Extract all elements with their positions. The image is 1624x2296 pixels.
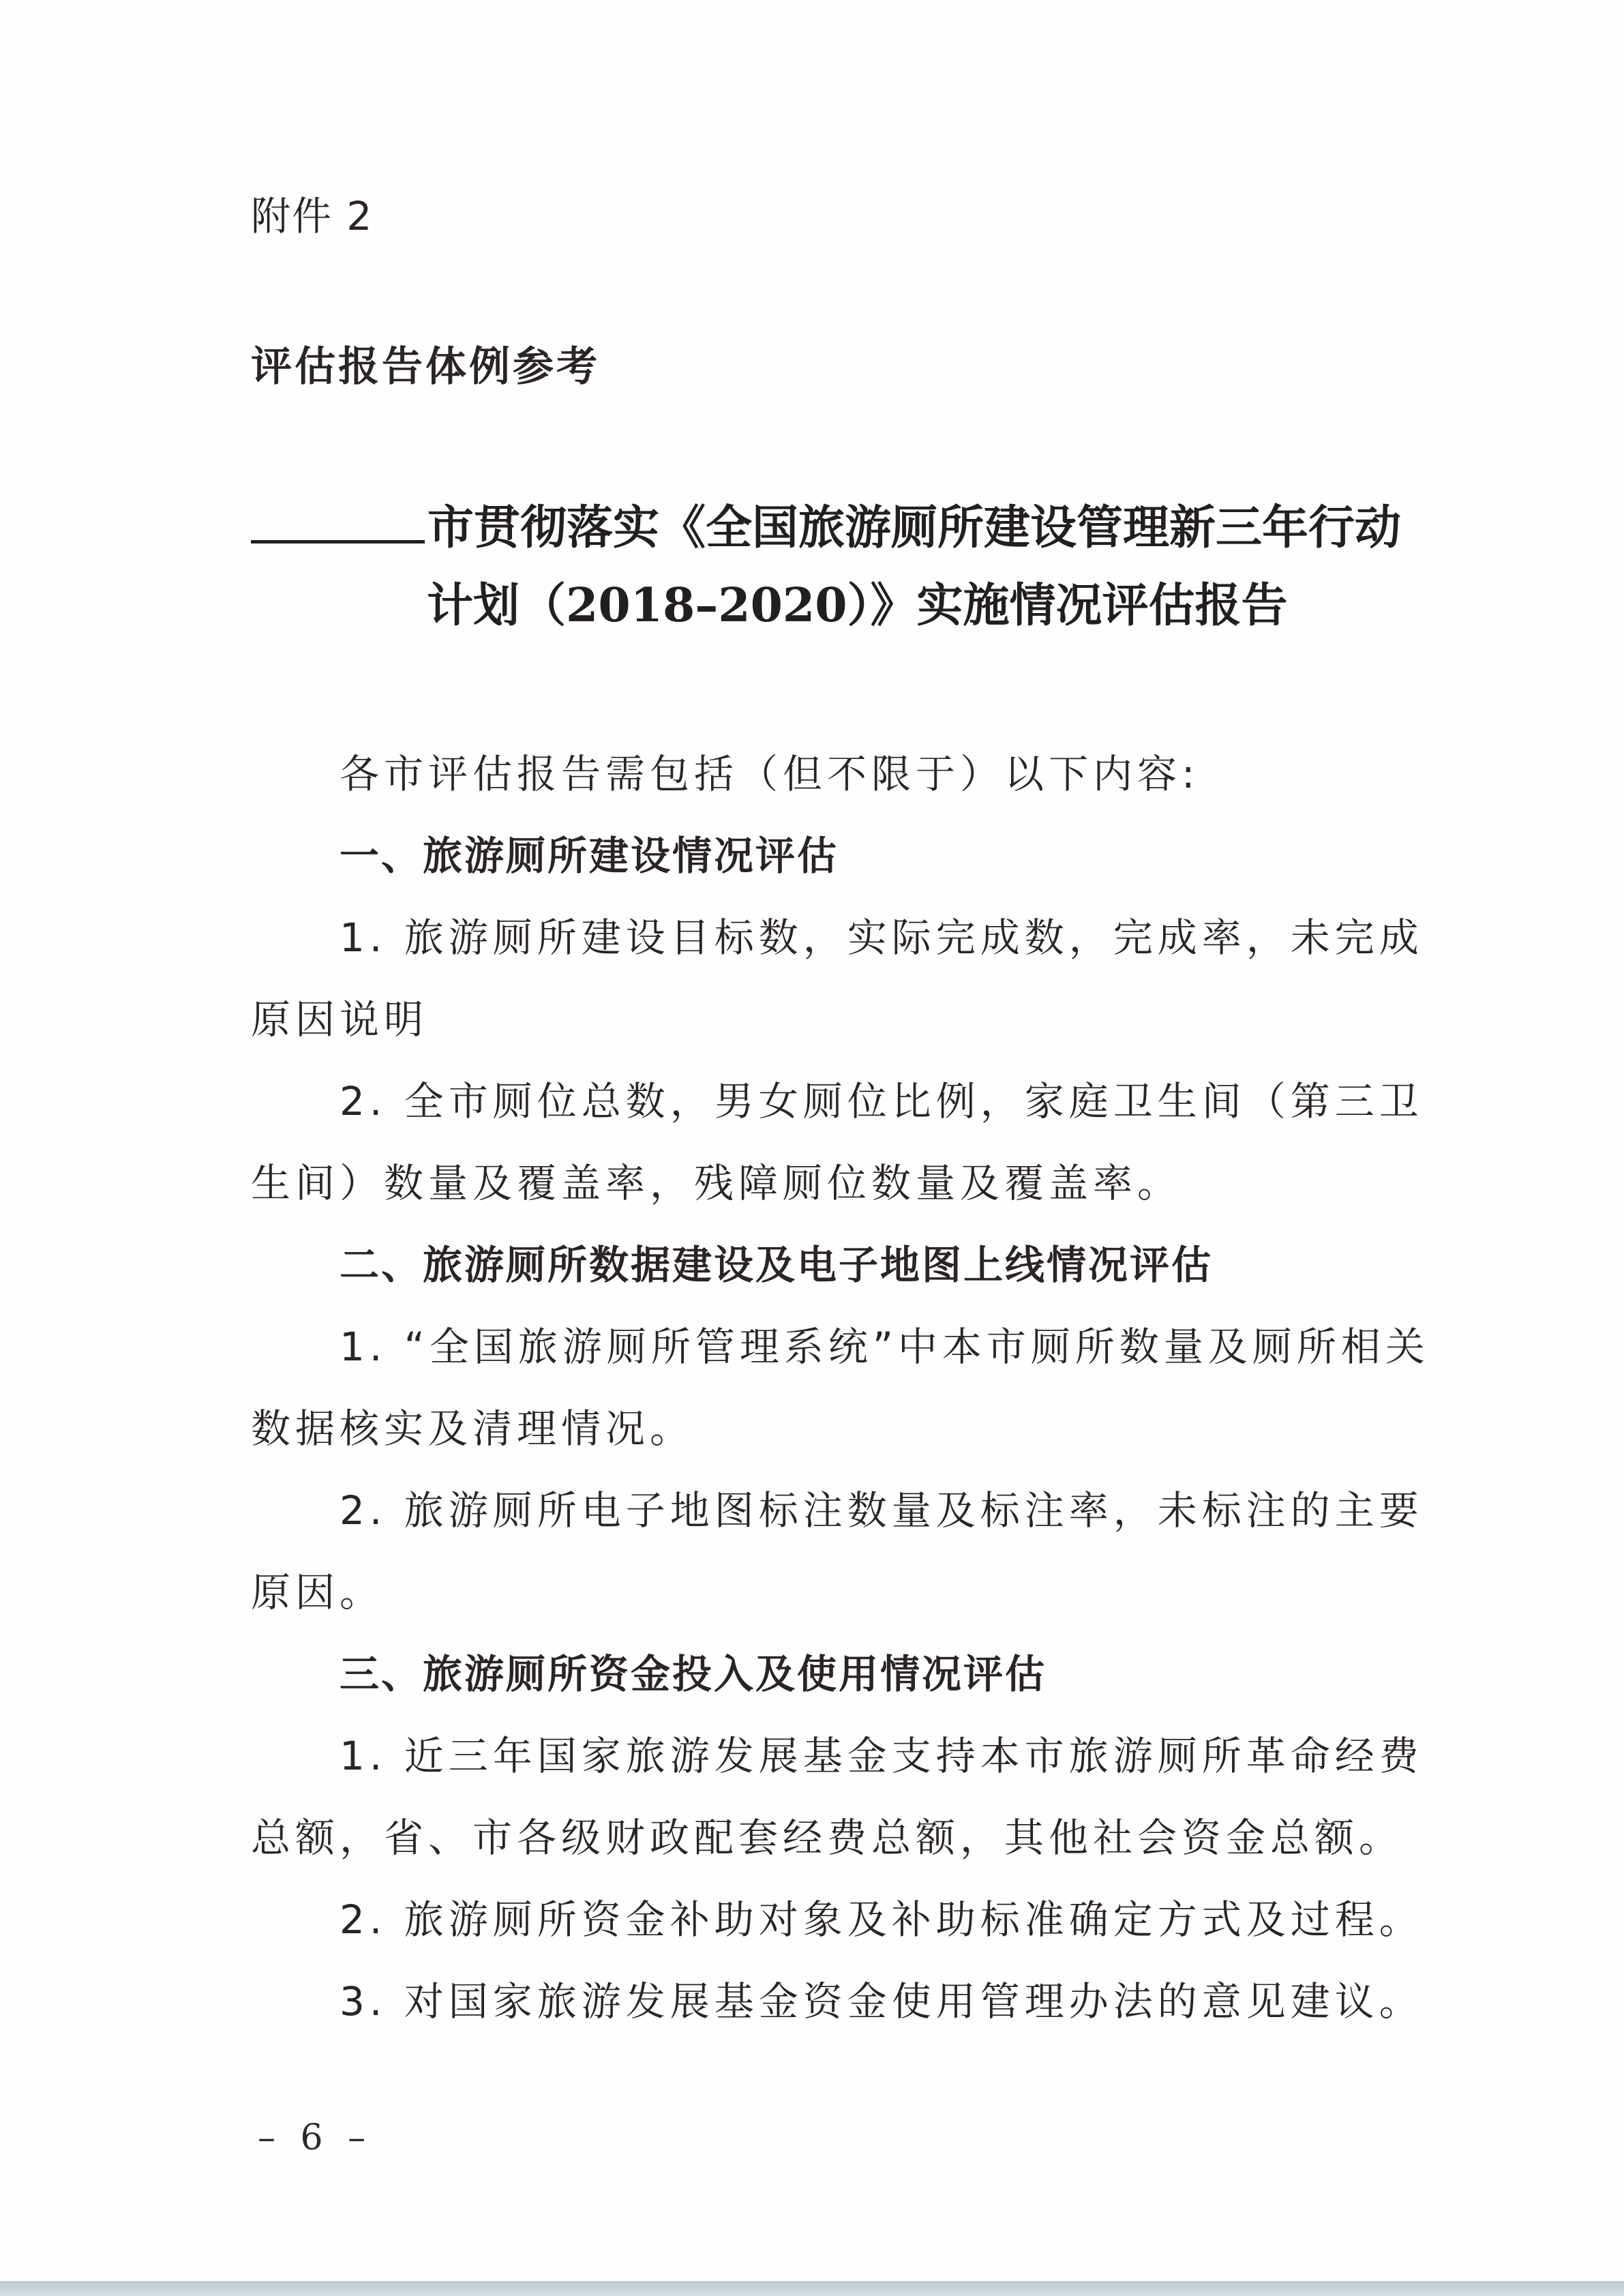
title-line-2: 计划（2018–2020）》实施情况评估报告 [251, 567, 1478, 644]
section-heading-3: 三、旅游厕所资金投入及使用情况评估 [251, 1633, 1458, 1715]
section-2-item-1: 1. “全国旅游厕所管理系统”中本市厕所数量及厕所相关数据核实及清理情况。 [251, 1306, 1458, 1470]
section-1-item-1: 1. 旅游厕所建设目标数，实际完成数，完成率，未完成原因说明 [251, 897, 1458, 1060]
intro-paragraph: 各市评估报告需包括（但不限于）以下内容: [251, 733, 1458, 815]
document-page: 附件 2 评估报告体例参考 市贯彻落实《全国旅游厕所建设管理新三年行动 计划（2… [0, 0, 1624, 2281]
section-2-item-2: 2. 旅游厕所电子地图标注数量及标注率，未标注的主要原因。 [251, 1470, 1458, 1633]
section-heading-1: 一、旅游厕所建设情况评估 [251, 815, 1458, 897]
scanner-edge-strip [0, 2281, 1624, 2296]
section-3-item-2: 2. 旅游厕所资金补助对象及补助标准确定方式及过程。 [251, 1879, 1458, 1960]
document-subtitle: 评估报告体例参考 [251, 342, 600, 391]
attachment-label: 附件 2 [251, 192, 373, 240]
section-heading-2: 二、旅游厕所数据建设及电子地图上线情况评估 [251, 1224, 1458, 1306]
page-number: – 6 – [258, 2114, 372, 2162]
section-3-item-3: 3. 对国家旅游发展基金资金使用管理办法的意见建议。 [251, 1960, 1458, 2042]
document-body: 各市评估报告需包括（但不限于）以下内容: 一、旅游厕所建设情况评估 1. 旅游厕… [251, 733, 1458, 2042]
document-title: 市贯彻落实《全国旅游厕所建设管理新三年行动 计划（2018–2020）》实施情况… [251, 486, 1478, 644]
section-1-item-2: 2. 全市厕位总数，男女厕位比例，家庭卫生间（第三卫生间）数量及覆盖率，残障厕位… [251, 1060, 1458, 1224]
city-name-blank [251, 486, 425, 543]
section-3-item-1: 1. 近三年国家旅游发展基金支持本市旅游厕所革命经费总额，省、市各级财政配套经费… [251, 1715, 1458, 1879]
title-line-1: 市贯彻落实《全国旅游厕所建设管理新三年行动 [427, 501, 1401, 555]
